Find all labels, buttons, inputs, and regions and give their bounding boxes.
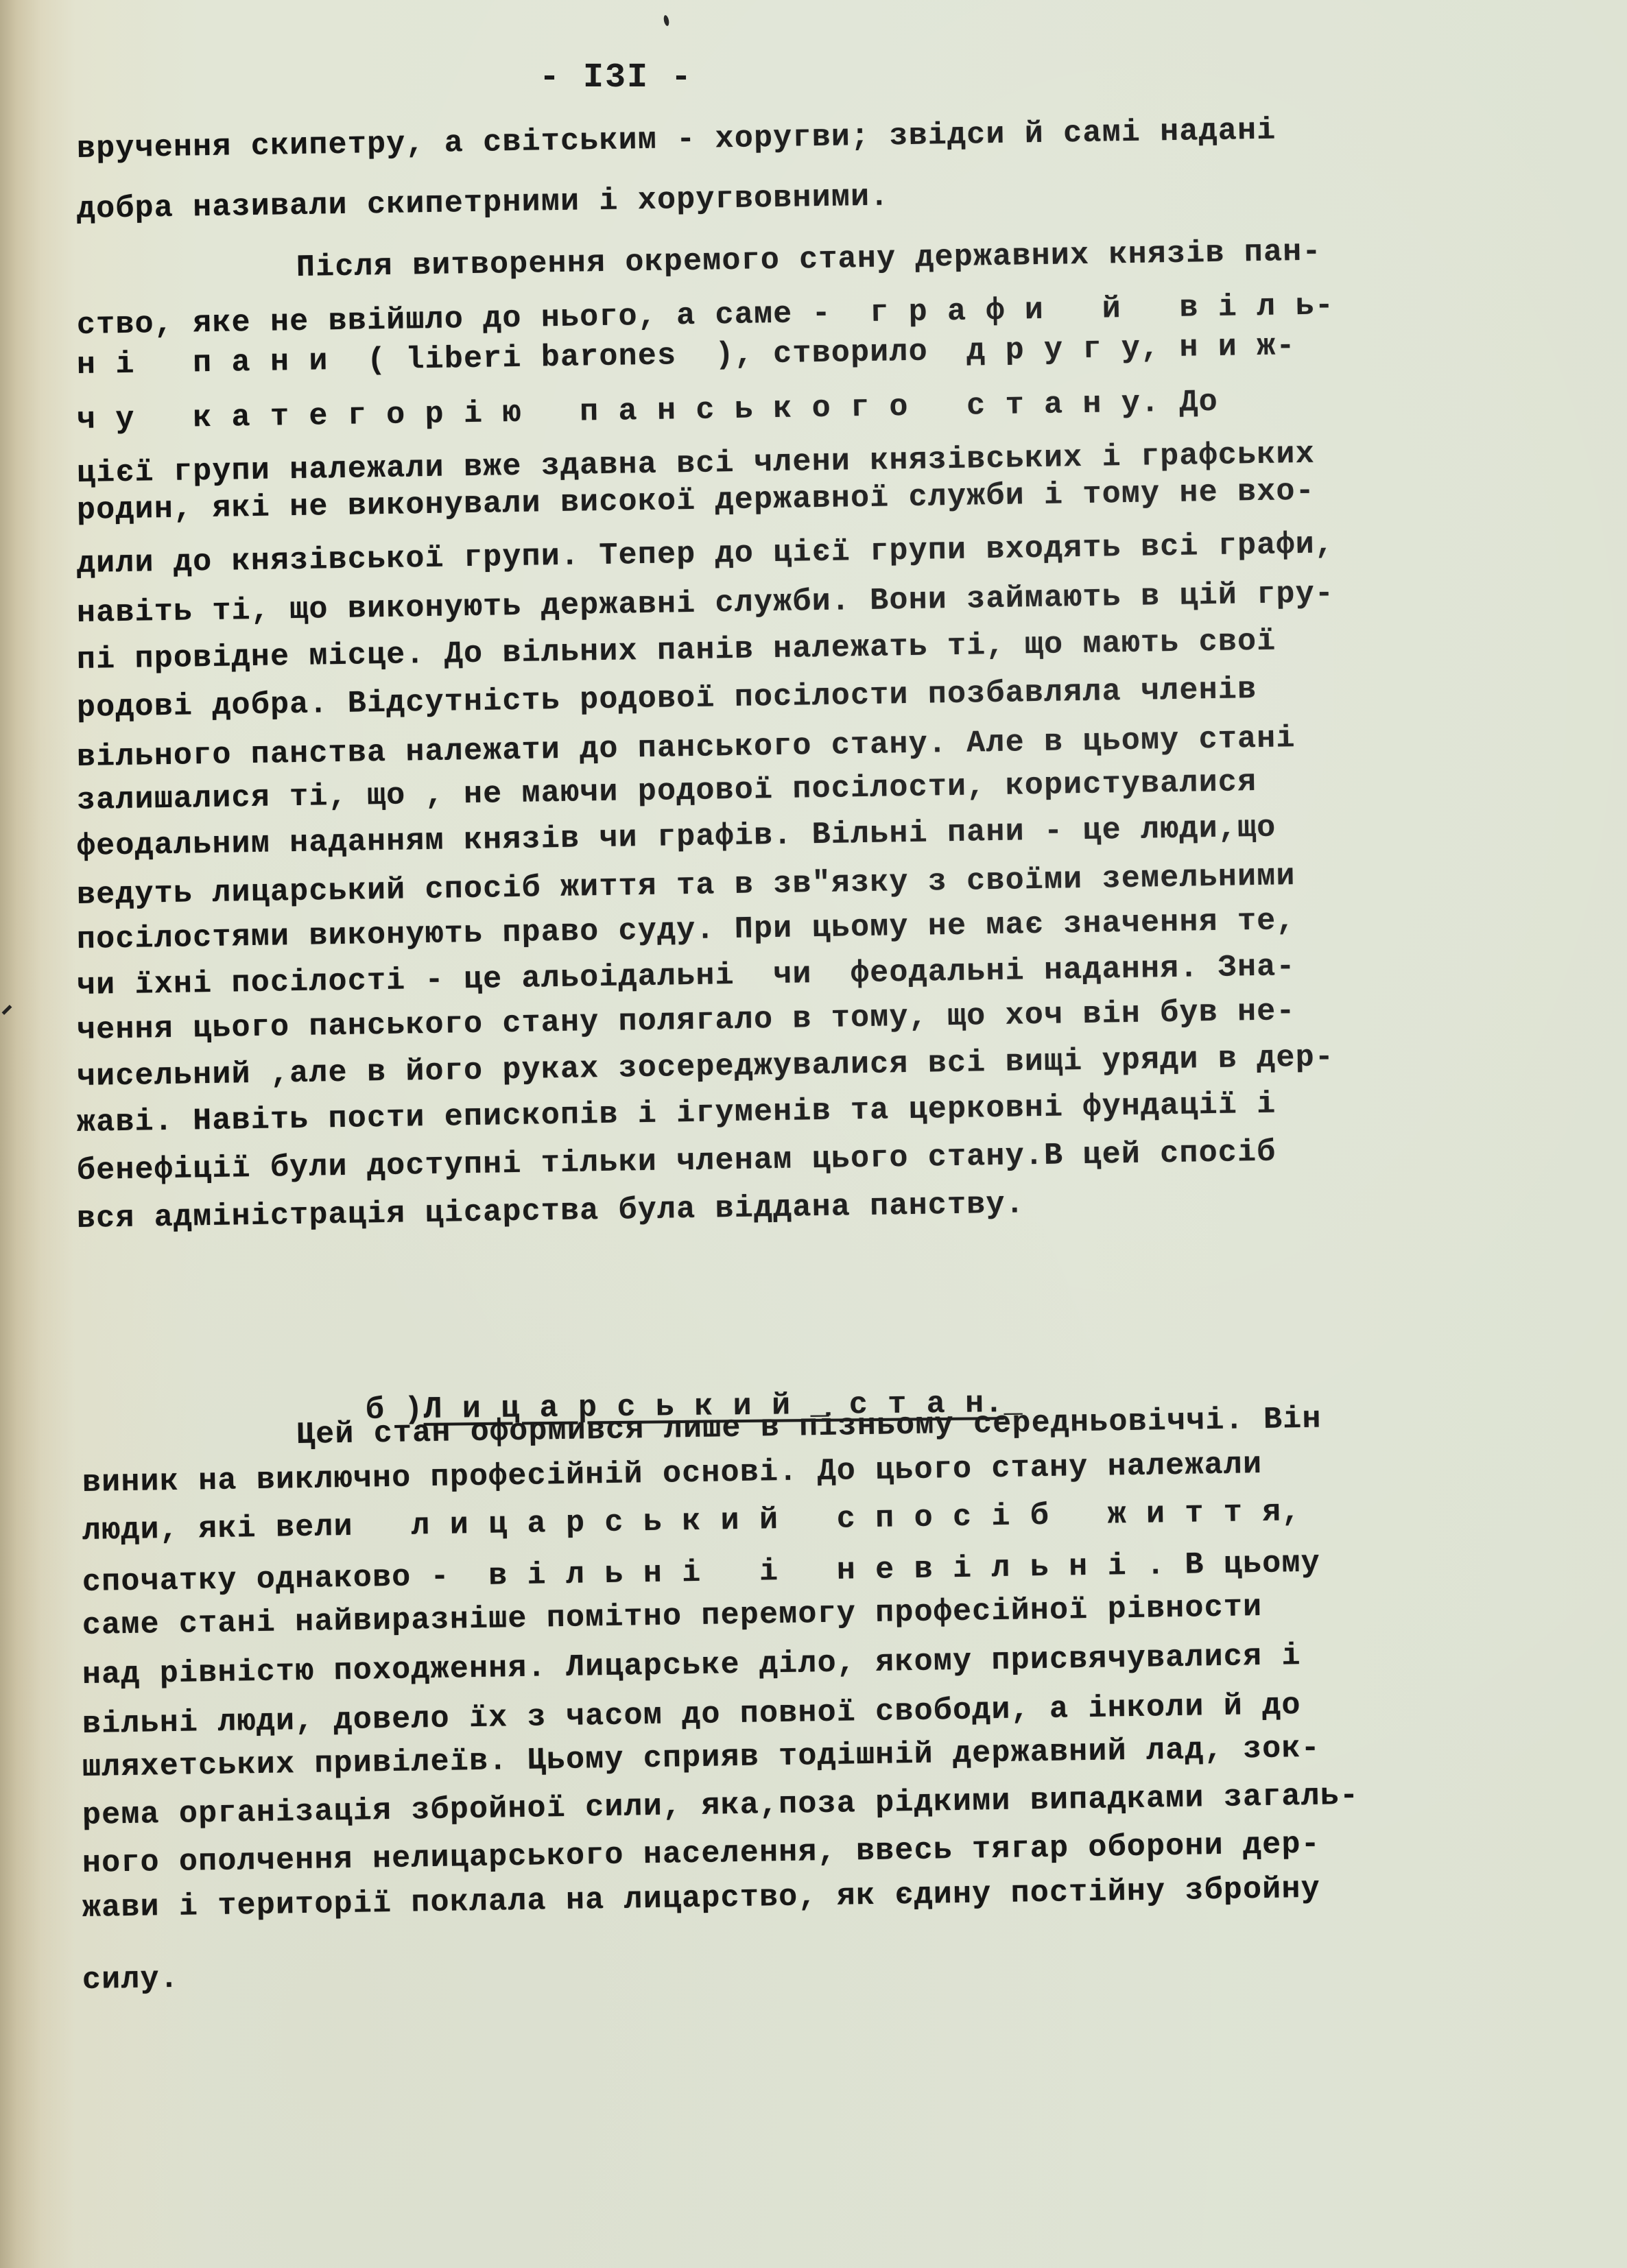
- text-line: добра називали скипетрними і хоругвовним…: [77, 181, 890, 225]
- text-line: залишалися ті, що , не маючи родової пос…: [77, 767, 1257, 816]
- text-line: ного ополчення нелицарського населення, …: [82, 1829, 1321, 1879]
- margin-mark: [2, 1005, 12, 1015]
- text-line: виник на виключно професійній основі. До…: [82, 1449, 1263, 1499]
- text-line: рема організація збройної сили, яка,поза…: [82, 1780, 1359, 1831]
- text-line: вільного панства належати до панського с…: [77, 723, 1296, 773]
- text-line: вручення скипетру, а світським - хоругви…: [77, 115, 1276, 165]
- text-line: чення цього панського стану полягало в т…: [77, 996, 1296, 1046]
- text-line: родові добра. Відсутність родової посіло…: [77, 674, 1257, 724]
- text-line: ч у к а т е г о р і ю п а н с ь к о г о …: [77, 387, 1219, 435]
- text-line: силу.: [82, 1963, 180, 1996]
- text-line: ведуть лицарський спосіб життя та в зв"я…: [77, 861, 1296, 911]
- text-line: над рівністю походження. Лицарське діло,…: [82, 1640, 1301, 1691]
- text-line: люди, які вели л и ц а р с ь к и й с п о…: [82, 1496, 1301, 1547]
- page-number: - I3I -: [0, 58, 693, 97]
- text-line: чи їхні посілості - це альоідальні чи фе…: [77, 951, 1296, 1001]
- text-line: вся адміністрація цісарства була віддана…: [77, 1189, 1025, 1234]
- text-line: спочатку однаково - в і л ь н і і н е в …: [82, 1548, 1321, 1598]
- text-line: вільні люди, довело їх з часом до повної…: [82, 1690, 1301, 1740]
- text-line: чисельний ,але в його руках зосереджувал…: [77, 1042, 1335, 1093]
- text-line: шляхетських привілеїв. Цьому сприяв тоді…: [82, 1733, 1321, 1783]
- text-line: саме стані найвиразніше помітно перемогу…: [82, 1592, 1263, 1641]
- text-line: бенефіції були доступні тільки членам ць…: [77, 1137, 1276, 1186]
- text-line: Після витворення окремого стану державни…: [296, 237, 1322, 283]
- text-line: навіть ті, що виконують державні служби.…: [77, 578, 1335, 629]
- text-line: жаві. Навіть пости епископів і ігуменів …: [77, 1089, 1276, 1138]
- text-line: посілостями виконують право суду. При ць…: [77, 905, 1296, 955]
- text-line: жави і території поклала на лицарство, я…: [82, 1874, 1321, 1924]
- ink-speck: [663, 14, 669, 26]
- typewritten-page: - I3I - б )Л и ц а р с ь к и й _ с т а н…: [0, 0, 1627, 2268]
- text-line: дили до князівської групи. Тепер до цієї…: [77, 529, 1335, 580]
- text-line: феодальним наданням князів чи графів. Ві…: [77, 813, 1276, 862]
- text-line: пі провідне місце. До вільних панів нале…: [77, 626, 1276, 676]
